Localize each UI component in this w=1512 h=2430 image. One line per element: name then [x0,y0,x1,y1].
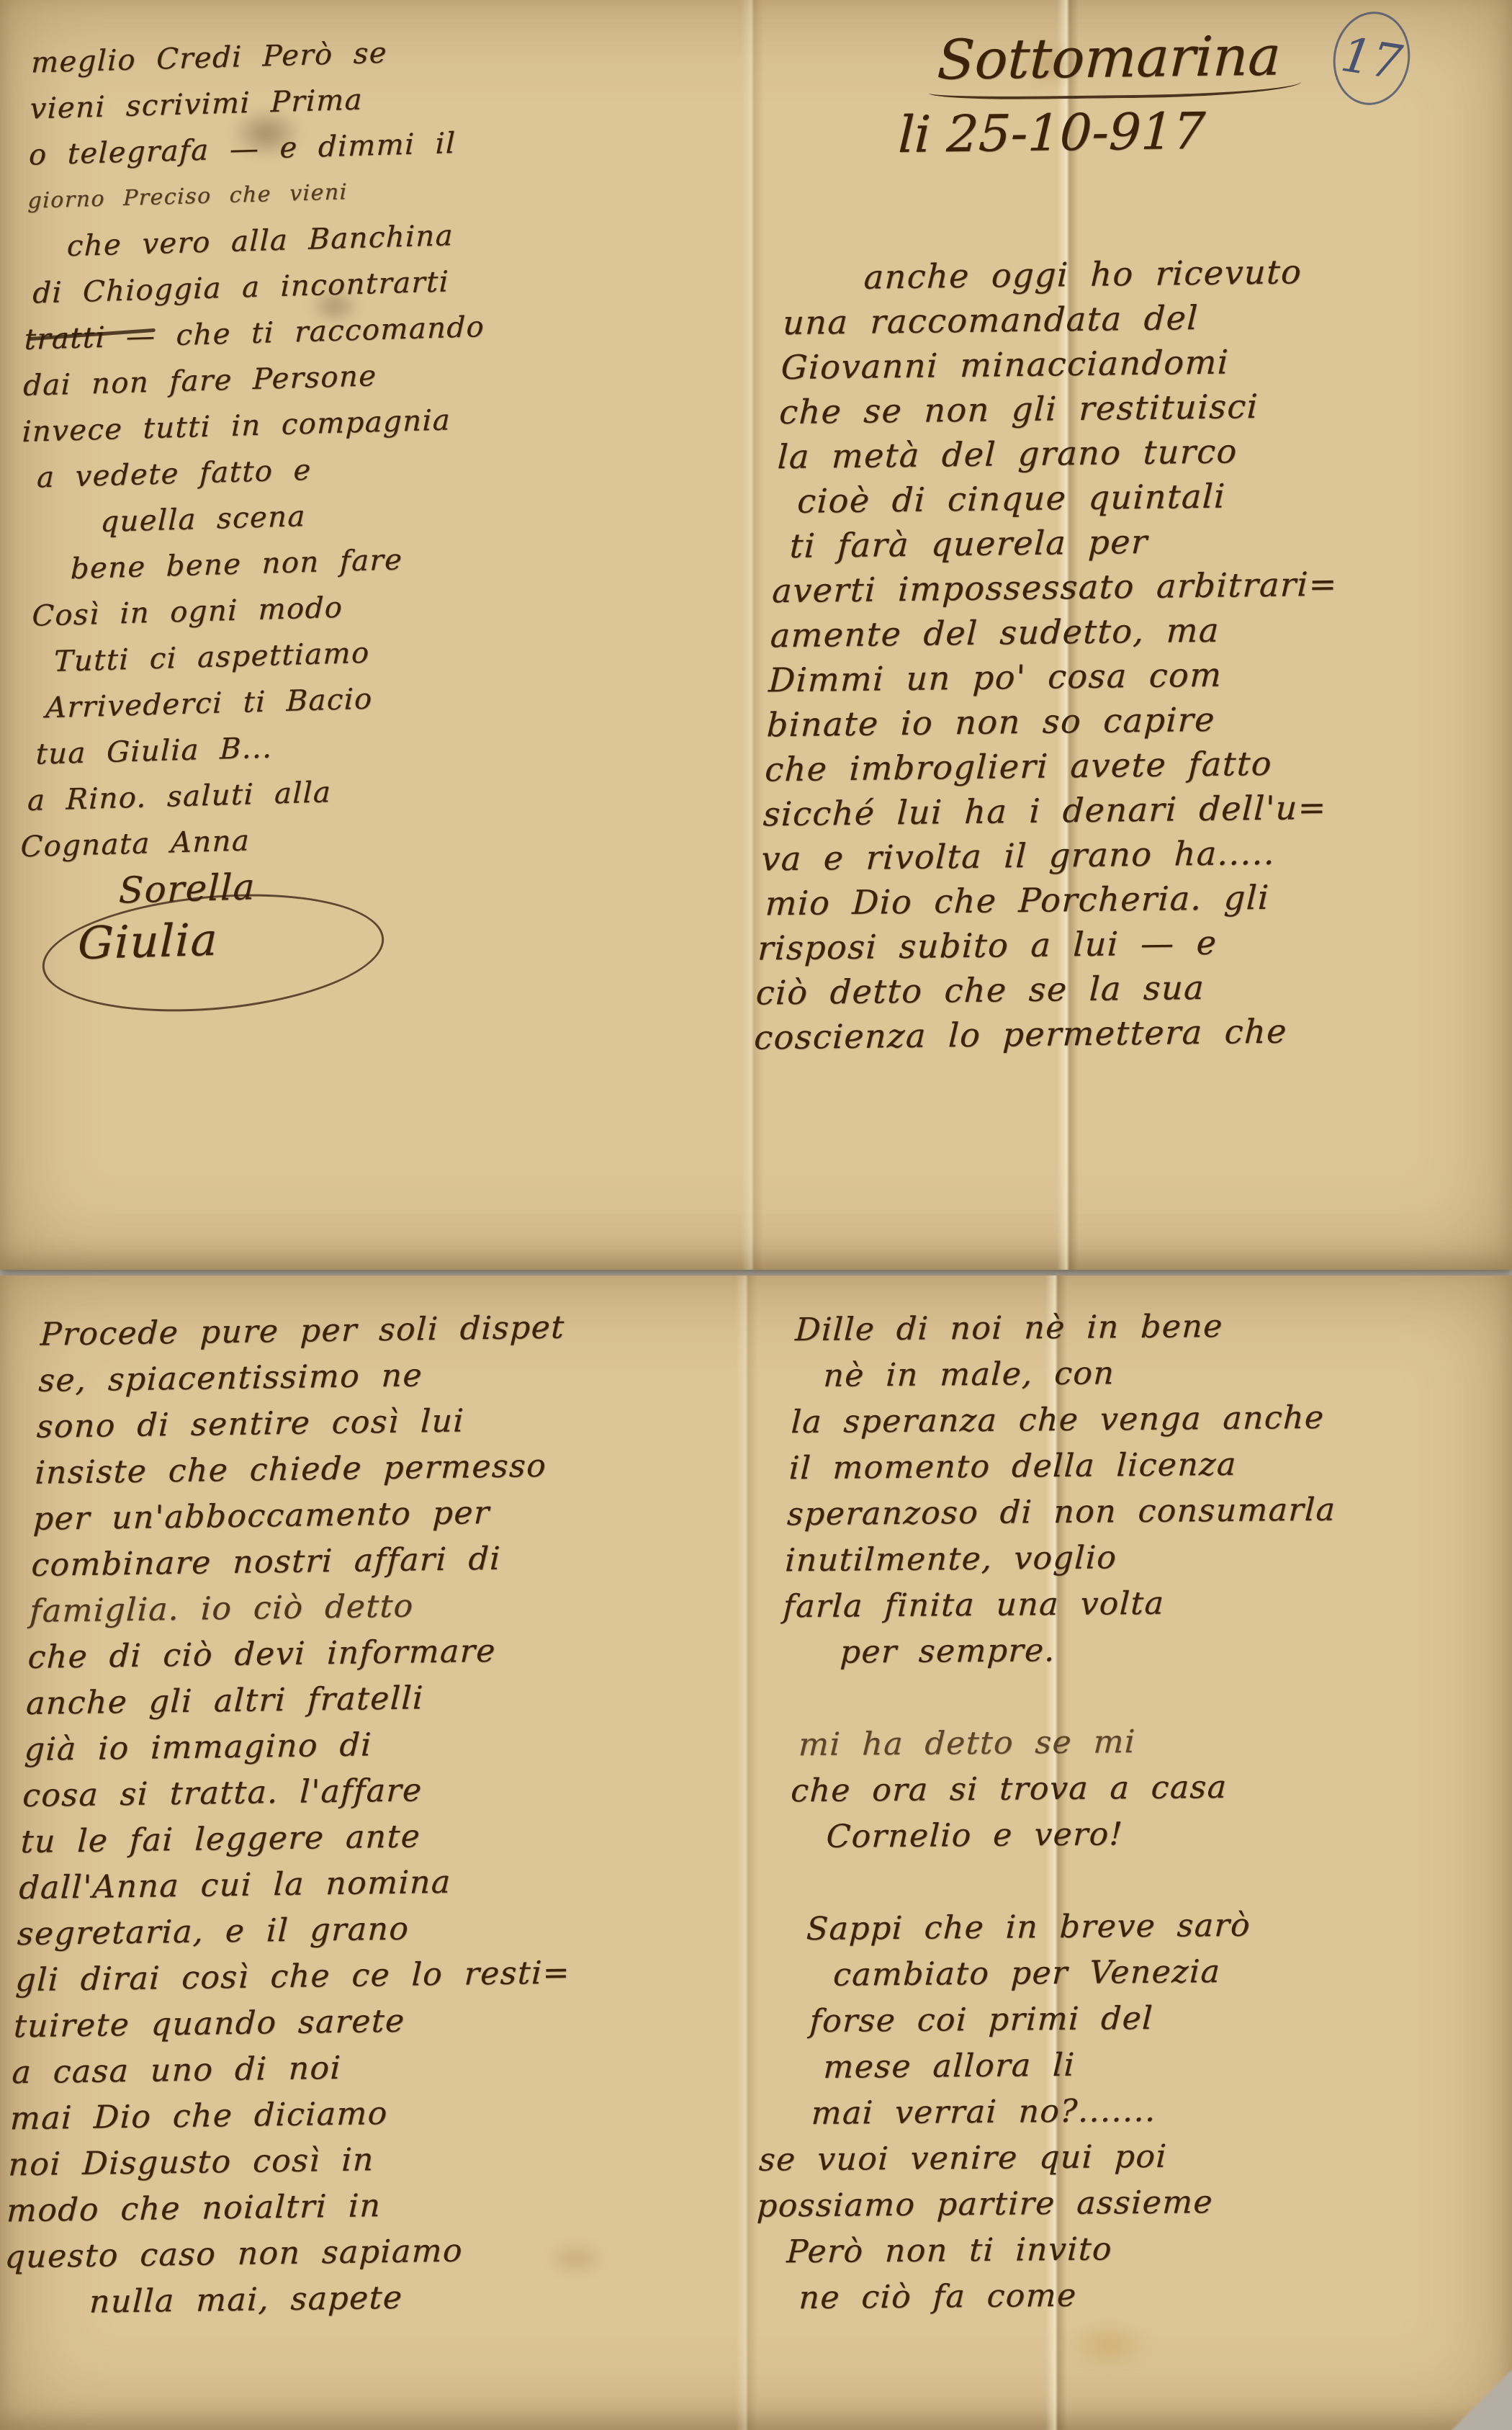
handwriting-column-top-right: Sottomarina li 25-10-917 anche oggi ho r… [753,17,1512,1059]
handwriting-line [778,1669,1511,1722]
handwriting-line: inutilmente, voglio [784,1531,1512,1584]
paper-stain [1066,2320,1152,2370]
handwriting-line: mi ha detto se mi [798,1716,1509,1769]
handwriting-line: coscienza lo permettera che [753,1006,1482,1059]
letter-scan: 17 meglio Credi Però sevieni scrivimi Pr… [0,0,1512,2430]
handwriting-line: anche oggi ho ricevuto [863,247,1512,300]
handwriting-line: mai verrai no?....... [810,2085,1493,2137]
fold-crease [742,0,763,1270]
handwriting-column-bottom-right: Dille di noi nè in benenè in male, conla… [752,1301,1512,2321]
letter-sheet-bottom: Procede pure per soli dispetse, spiacent… [0,1275,1512,2430]
heading-date: li 25-10-917 [897,93,1512,169]
handwriting-line: forse coi primi del [809,1993,1497,2045]
handwriting-line: il momento della licenza [788,1439,1512,1492]
handwriting-line: Cornelio e vero! [825,1808,1505,1860]
handwriting-line: Dille di noi nè in bene [794,1301,1512,1353]
handwriting-line: che ora si trova a casa [790,1762,1507,1815]
handwriting-line: Sappi che in breve sarò [806,1901,1501,1952]
handwriting-line: Però non ti invito [786,2223,1487,2276]
handwriting-column-bottom-left: Procede pure per soli dispetse, spiacent… [2,1302,768,2327]
handwriting-column-top-left: meglio Credi Però sevieni scrivimi Prima… [9,28,449,974]
handwriting-line [770,1855,1503,1907]
handwriting-line: nulla mai, sapete [89,2270,731,2325]
handwriting-line: farla finita una volta [782,1577,1512,1630]
heading-place: Sottomarina [929,19,1304,100]
handwriting-line: possiamo partire assieme [756,2177,1489,2230]
torn-corner [1452,2370,1512,2430]
handwriting-line: se vuoi venire qui poi [758,2131,1491,2184]
handwriting-body: anche oggi ho ricevutouna raccomandata d… [753,247,1512,1060]
handwriting-line: per sempre. [839,1623,1512,1675]
handwriting-line: la speranza che venga anche [790,1393,1512,1445]
handwriting-line: speranzoso di non consumarla [786,1485,1512,1538]
handwriting-line: ne ciò fa come [798,2269,1485,2321]
letter-sheet-top: 17 meglio Credi Però sevieni scrivimi Pr… [0,0,1512,1270]
handwriting-line: mese allora li [822,2039,1495,2091]
handwriting-line: nè in male, con [822,1347,1512,1399]
handwriting-line: cambiato per Venezia [832,1947,1499,1999]
